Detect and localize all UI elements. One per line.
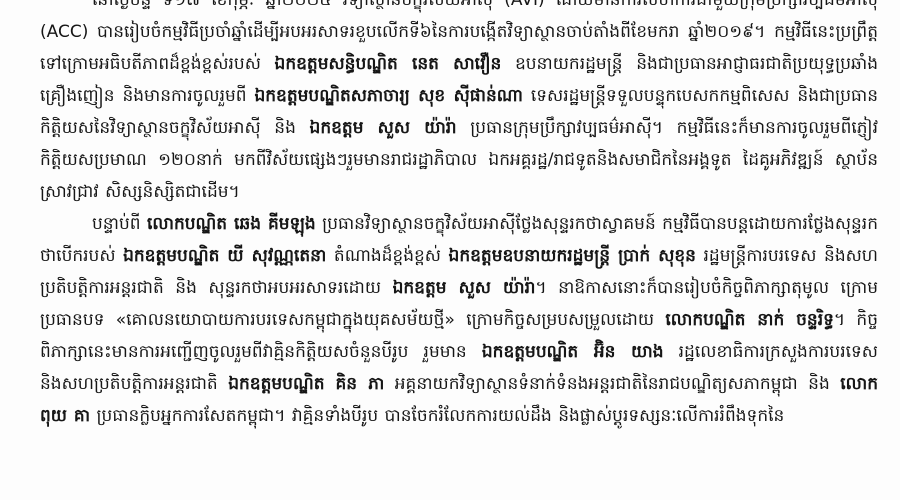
text-run: ប្រធានក្លិបអ្នកការសែតកម្ពុជា។ វាគ្មិនទាំ… bbox=[90, 406, 784, 426]
bold-name-run: ឯកឧត្តមបណ្ឌិតសភាចារ្យ សុខ ស៊ីផាន់ណា bbox=[254, 86, 522, 106]
text-run: បន្ទាប់ពី bbox=[92, 214, 147, 234]
bold-name-run: ឯកឧត្តមបណ្ឌិត គិន ភា bbox=[228, 374, 384, 394]
bold-name-run: លោកបណ្ឌិត នាក់ ចន្ទរិទ្ធ bbox=[665, 310, 834, 330]
paragraph-2: បន្ទាប់ពី លោកបណ្ឌិត ឆេង គីមឡុង ប្រធានវិទ… bbox=[40, 208, 878, 432]
bold-name-run: ឯកឧត្តម សួស យ៉ារ៉ា bbox=[393, 278, 536, 298]
bold-name-run: ឯកឧត្តមឧបនាយករដ្ឋមន្ត្រី ប្រាក់ សុខុន bbox=[449, 246, 696, 266]
bold-name-run: ឯកឧត្តម សួស យ៉ារ៉ា bbox=[310, 118, 457, 138]
bold-name-run: លោកបណ្ឌិត ឆេង គីមឡុង bbox=[147, 214, 316, 234]
paragraph-1: នៅថ្ងៃចន្ទ ទី១៧ ខែកុម្ភៈ ឆ្នាំ២០២៥ វិទ្យ… bbox=[40, 0, 878, 208]
bold-name-run: ឯកឧត្តមសន្ធិបណ្ឌិត នេត សាវឿន bbox=[275, 54, 502, 74]
text-run: តំណាងដ៏ខ្ពង់ខ្ពស់ bbox=[326, 246, 448, 266]
bold-name-run: ឯកឧត្តមបណ្ឌិត យី សុវណ្ណតេនា bbox=[123, 246, 326, 266]
text-run: អគ្គនាយកវិទ្យាស្ថានទំនាក់ទំនងអន្តរជាតិនៃ… bbox=[384, 374, 840, 394]
text-block: នៅថ្ងៃចន្ទ ទី១៧ ខែកុម្ភៈ ឆ្នាំ២០២៥ វិទ្យ… bbox=[40, 0, 878, 432]
document-page: នៅថ្ងៃចន្ទ ទី១៧ ខែកុម្ភៈ ឆ្នាំ២០២៥ វិទ្យ… bbox=[0, 0, 900, 500]
bold-name-run: ឯកឧត្តមបណ្ឌិត អ៊ិន យាង bbox=[482, 342, 664, 362]
